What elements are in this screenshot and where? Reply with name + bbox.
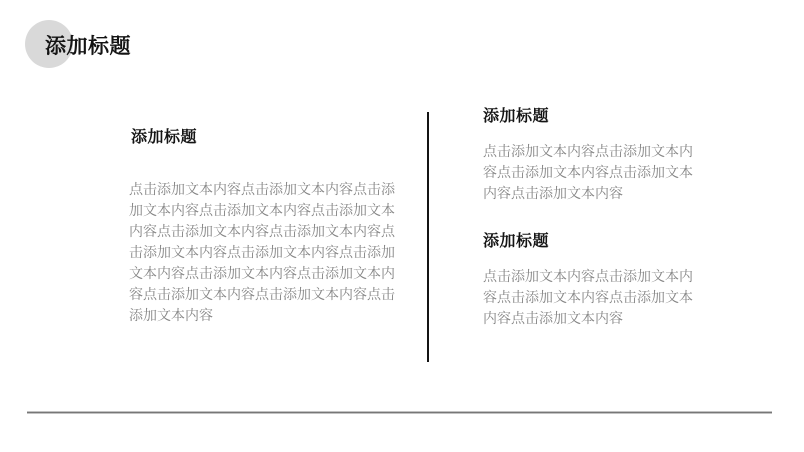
slide-title: 添加标题 xyxy=(45,33,131,60)
right-section-2-body: 点击添加文本内容点击添加文本内容点击添加文本内容点击添加文本内容点击添加文本内容 xyxy=(483,267,701,330)
left-section-heading: 添加标题 xyxy=(131,127,197,148)
bottom-divider-rule xyxy=(27,411,772,414)
left-section-body: 点击添加文本内容点击添加文本内容点击添加文本内容点击添加文本内容点击添加文本内容… xyxy=(129,180,405,327)
presentation-slide: 添加标题 添加标题 点击添加文本内容点击添加文本内容点击添加文本内容点击添加文本… xyxy=(0,0,804,452)
right-section-1-body: 点击添加文本内容点击添加文本内容点击添加文本内容点击添加文本内容点击添加文本内容 xyxy=(483,142,701,205)
right-section-1-heading: 添加标题 xyxy=(483,106,549,127)
vertical-divider xyxy=(427,112,429,362)
right-section-2-heading: 添加标题 xyxy=(483,231,549,252)
